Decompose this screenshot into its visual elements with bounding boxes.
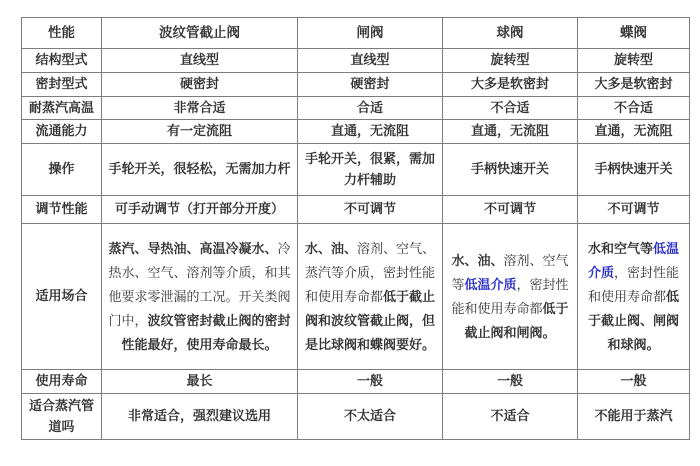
table-cell: 大多是软密封 [578, 72, 690, 96]
table-cell: 旋转型 [578, 49, 690, 73]
row-label: 使用寿命 [22, 370, 102, 394]
table-cell: 有一定流阻 [102, 120, 298, 144]
table-header: 性能波纹管截止阀闸阀球阀蝶阀 [22, 18, 690, 49]
table-cell: 手轮开关，很紧，需加力杆辅助 [298, 144, 443, 196]
table-cell: 不合适 [443, 96, 578, 120]
table-cell: 非常适合，强烈建议选用 [102, 394, 298, 440]
table-cell: 不合适 [578, 96, 690, 120]
table-cell: 水、油、溶剂、空气等低温介质，密封性能和使用寿命都低于截止阀和闸阀。 [443, 224, 578, 370]
table-row: 耐蒸汽高温非常合适合适不合适不合适 [22, 96, 690, 120]
table-cell: 非常合适 [102, 96, 298, 120]
table-row: 使用寿命最长一般一般一般 [22, 370, 690, 394]
table-cell: 旋转型 [443, 49, 578, 73]
column-header-0: 性能 [22, 18, 102, 49]
table-cell: 一般 [443, 370, 578, 394]
table-row: 密封型式硬密封硬密封大多是软密封大多是软密封 [22, 72, 690, 96]
table-cell: 手轮开关，很轻松，无需加力杆 [102, 144, 298, 196]
table-cell: 手柄快速开关 [578, 144, 690, 196]
column-header-4: 蝶阀 [578, 18, 690, 49]
table-cell: 蒸汽、导热油、高温冷凝水、冷热水、空气、溶剂等介质，和其他要求零泄漏的工况。开关… [102, 224, 298, 370]
table-cell: 硬密封 [102, 72, 298, 96]
table-cell: 直线型 [102, 49, 298, 73]
text-segment: 波纹管密封截止阀的密封性能最好，使用寿命最长。 [121, 313, 290, 352]
table-row: 适合蒸汽管道吗非常适合，强烈建议选用不太适合不适合不能用于蒸汽 [22, 394, 690, 440]
row-label: 适用场合 [22, 224, 102, 370]
table-row: 适用场合蒸汽、导热油、高温冷凝水、冷热水、空气、溶剂等介质，和其他要求零泄漏的工… [22, 224, 690, 370]
row-label: 流通能力 [22, 120, 102, 144]
table-cell: 直通，无流阻 [578, 120, 690, 144]
table-cell: 直通，无流阻 [298, 120, 443, 144]
table-cell: 不可调节 [578, 196, 690, 224]
table-cell: 直通，无流阻 [443, 120, 578, 144]
text-segment: 水、油、 [451, 253, 503, 268]
table-cell: 不可调节 [298, 196, 443, 224]
page: 性能波纹管截止阀闸阀球阀蝶阀 结构型式直线型直线型旋转型旋转型密封型式硬密封硬密… [0, 0, 700, 466]
header-row: 性能波纹管截止阀闸阀球阀蝶阀 [22, 18, 690, 49]
table-cell: 手柄快速开关 [443, 144, 578, 196]
table-row: 结构型式直线型直线型旋转型旋转型 [22, 49, 690, 73]
table-cell: 不适合 [443, 394, 578, 440]
column-header-3: 球阀 [443, 18, 578, 49]
table-cell: 不太适合 [298, 394, 443, 440]
table-cell: 大多是软密封 [443, 72, 578, 96]
table-body: 结构型式直线型直线型旋转型旋转型密封型式硬密封硬密封大多是软密封大多是软密封耐蒸… [22, 49, 690, 440]
table-cell: 可手动调节（打开部分开度） [102, 196, 298, 224]
text-segment: 蒸汽、导热油、高温冷凝水、 [108, 241, 277, 256]
row-label: 耐蒸汽高温 [22, 96, 102, 120]
table-cell: 一般 [298, 370, 443, 394]
table-cell: 一般 [578, 370, 690, 394]
table-cell: 直线型 [298, 49, 443, 73]
table-cell: 合适 [298, 96, 443, 120]
row-label: 结构型式 [22, 49, 102, 73]
column-header-1: 波纹管截止阀 [102, 18, 298, 49]
table-cell: 不能用于蒸汽 [578, 394, 690, 440]
text-segment: 低温介质 [464, 277, 516, 292]
row-label: 操作 [22, 144, 102, 196]
table-cell: 最长 [102, 370, 298, 394]
table-row: 调节性能可手动调节（打开部分开度）不可调节不可调节不可调节 [22, 196, 690, 224]
table-cell: 水、油、溶剂、空气、蒸汽等介质，密封性能和使用寿命都低于截止阀和波纹管截止阀，但… [298, 224, 443, 370]
text-segment: 水、油、 [305, 241, 357, 256]
row-label: 密封型式 [22, 72, 102, 96]
table-cell: 不可调节 [443, 196, 578, 224]
table-row: 操作手轮开关，很轻松，无需加力杆手轮开关，很紧，需加力杆辅助手柄快速开关手柄快速… [22, 144, 690, 196]
table-cell: 水和空气等低温介质，密封性能和使用寿命都低于截止阀、闸阀和球阀。 [578, 224, 690, 370]
column-header-2: 闸阀 [298, 18, 443, 49]
table-cell: 硬密封 [298, 72, 443, 96]
text-segment: 水和空气等 [588, 241, 653, 256]
row-label: 调节性能 [22, 196, 102, 224]
valve-comparison-table: 性能波纹管截止阀闸阀球阀蝶阀 结构型式直线型直线型旋转型旋转型密封型式硬密封硬密… [21, 17, 690, 440]
row-label: 适合蒸汽管道吗 [22, 394, 102, 440]
table-row: 流通能力有一定流阻直通，无流阻直通，无流阻直通，无流阻 [22, 120, 690, 144]
